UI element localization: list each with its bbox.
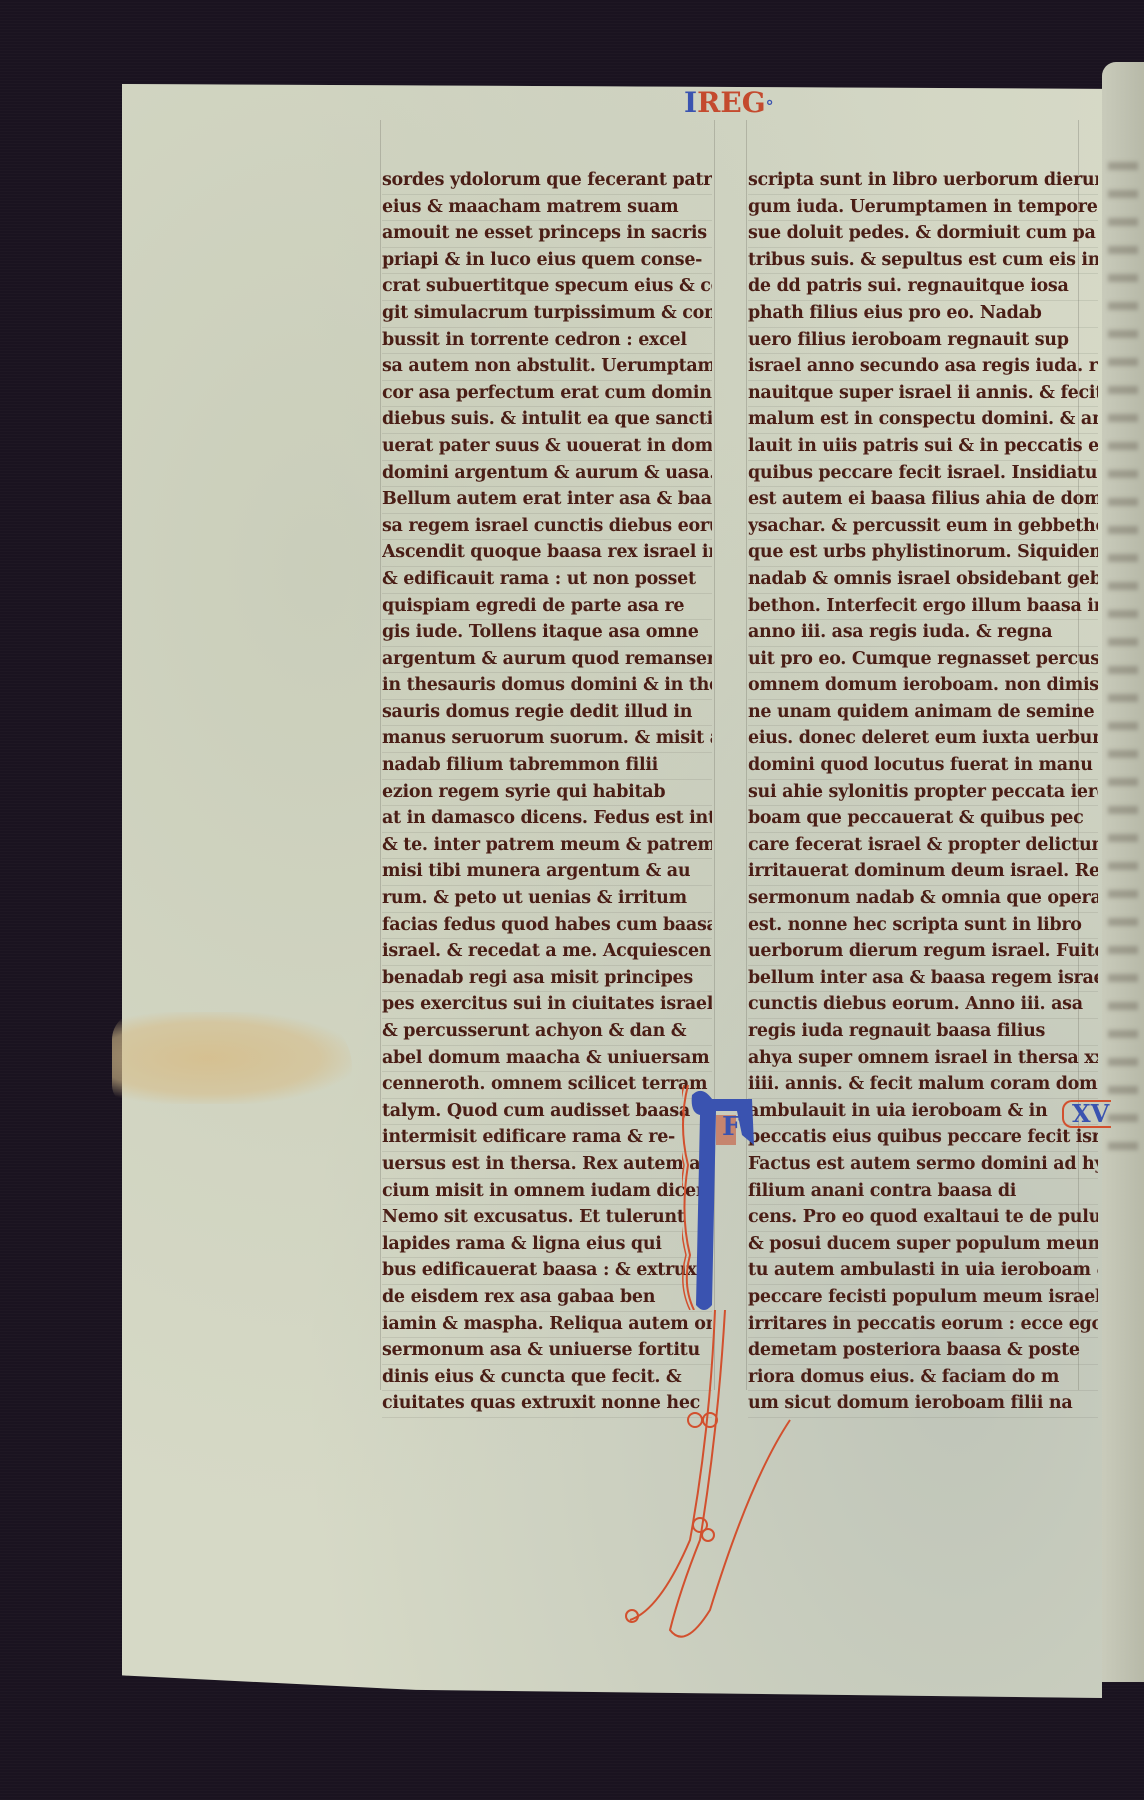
text-line: sue doluit pedes. & dormiuit cum pa bbox=[748, 221, 1098, 248]
text-line: tribus suis. & sepultus est cum eis in c… bbox=[748, 248, 1098, 275]
text-line: eius. donec deleret eum iuxta uerbum bbox=[748, 726, 1098, 753]
text-line: peccatis eius quibus peccare fecit israe… bbox=[748, 1125, 1098, 1152]
text-line: de dd patris sui. regnauitque iosa bbox=[748, 274, 1098, 301]
text-line: domini argentum & aurum & uasa. bbox=[382, 461, 712, 488]
text-line: talym. Quod cum audisset baasa bbox=[382, 1099, 712, 1126]
text-line: regis iuda regnauit baasa filius bbox=[748, 1019, 1098, 1046]
text-line: gis iude. Tollens itaque asa omne bbox=[382, 620, 712, 647]
text-line: cenneroth. omnem scilicet terram nep bbox=[382, 1072, 712, 1099]
text-line: & posui ducem super populum meum israel. bbox=[748, 1232, 1098, 1259]
running-head-suffix: ° bbox=[766, 97, 774, 116]
text-line: tu autem ambulasti in uia ieroboam & bbox=[748, 1258, 1098, 1285]
text-line: priapi & in luco eius quem conse- bbox=[382, 248, 712, 275]
text-line: benadab regi asa misit principes bbox=[382, 966, 712, 993]
text-line: bellum inter asa & baasa regem israel bbox=[748, 966, 1098, 993]
decorated-initial-f: F bbox=[682, 1085, 762, 1310]
text-line: quibus peccare fecit israel. Insidiatus bbox=[748, 461, 1098, 488]
text-line: israel anno secundo asa regis iuda. reg bbox=[748, 354, 1098, 381]
text-line: uero filius ieroboam regnauit sup bbox=[748, 328, 1098, 355]
text-line: domini quod locutus fuerat in manu serui bbox=[748, 753, 1098, 780]
text-line: nadab & omnis israel obsidebant geb bbox=[748, 567, 1098, 594]
text-line: sa autem non abstulit. Uerumptamen bbox=[382, 354, 712, 381]
text-line: nauitque super israel ii annis. & fecit … bbox=[748, 381, 1098, 408]
running-head-blue: I bbox=[684, 86, 697, 119]
ruling-line bbox=[380, 120, 381, 1390]
text-line: cium misit in omnem iudam dicens bbox=[382, 1179, 712, 1206]
text-line: irritauerat dominum deum israel. Reliqua… bbox=[748, 859, 1098, 886]
text-line: de eisdem rex asa gabaa ben bbox=[382, 1285, 712, 1312]
text-line: ysachar. & percussit eum in gebbethon bbox=[748, 514, 1098, 541]
text-column-left: sordes ydolorum que fecerant patreseius … bbox=[382, 168, 712, 1418]
text-line: israel. & recedat a me. Acquiescens bbox=[382, 939, 712, 966]
text-line: & edificauit rama : ut non posset bbox=[382, 567, 712, 594]
text-line: cor asa perfectum erat cum domino cuncti… bbox=[382, 381, 712, 408]
text-line: iiii. annis. & fecit malum coram domino bbox=[748, 1072, 1098, 1099]
text-line: facias fedus quod habes cum baasa rege bbox=[382, 913, 712, 940]
text-line: uerat pater suus & uouerat in domum bbox=[382, 434, 712, 461]
text-line: uerborum dierum regum israel. Fuitque bbox=[748, 939, 1098, 966]
text-line: lauit in uiis patris sui & in peccatis e… bbox=[748, 434, 1098, 461]
text-line: nadab filium tabremmon filii bbox=[382, 753, 712, 780]
text-line: peccare fecisti populum meum israel ut m… bbox=[748, 1285, 1098, 1312]
text-line: sermonum nadab & omnia que operatus bbox=[748, 886, 1098, 913]
text-line: filium anani contra baasa di bbox=[748, 1179, 1098, 1206]
text-line: git simulacrum turpissimum & com- bbox=[382, 301, 712, 328]
text-column-right: scripta sunt in libro uerborum dierum re… bbox=[748, 168, 1098, 1418]
pen-flourish bbox=[600, 1310, 820, 1650]
text-line: crat subuertitque specum eius & confre- bbox=[382, 274, 712, 301]
text-line: ezion regem syrie qui habitab bbox=[382, 780, 712, 807]
text-line: at in damasco dicens. Fedus est inter me bbox=[382, 806, 712, 833]
text-line: diebus suis. & intulit ea que sanctifica bbox=[382, 407, 712, 434]
text-line: sui ahie sylonitis propter peccata iero bbox=[748, 780, 1098, 807]
text-line: est. nonne hec scripta sunt in libro bbox=[748, 913, 1098, 940]
text-line: Factus est autem sermo domini ad hyeu bbox=[748, 1152, 1098, 1179]
text-line: bussit in torrente cedron : excel bbox=[382, 328, 712, 355]
text-line: omnem domum ieroboam. non dimisit bbox=[748, 673, 1098, 700]
text-line: pes exercitus sui in ciuitates israel. bbox=[382, 992, 712, 1019]
text-line: phath filius eius pro eo. Nadab bbox=[748, 301, 1098, 328]
text-line: abel domum maacha & uniuersam bbox=[382, 1046, 712, 1073]
text-line: ambulauit in uia ieroboam & in bbox=[748, 1099, 1098, 1126]
text-line: uersus est in thersa. Rex autem asa nun bbox=[382, 1152, 712, 1179]
text-line: care fecerat israel & propter delictum q… bbox=[748, 833, 1098, 860]
text-line: bethon. Interfecit ergo illum baasa in bbox=[748, 594, 1098, 621]
water-stain bbox=[112, 1012, 352, 1104]
text-line: anno iii. asa regis iuda. & regna bbox=[748, 620, 1098, 647]
text-line: in thesauris domus domini & in the bbox=[382, 673, 712, 700]
running-head: IREG° bbox=[684, 86, 774, 119]
text-line: malum est in conspectu domini. & ambu bbox=[748, 407, 1098, 434]
text-line: boam que peccauerat & quibus pec bbox=[748, 806, 1098, 833]
text-line: intermisit edificare rama & re- bbox=[382, 1125, 712, 1152]
text-line: sa regem israel cunctis diebus eorum. bbox=[382, 514, 712, 541]
text-line: uit pro eo. Cumque regnasset percussit bbox=[748, 647, 1098, 674]
text-line: gum iuda. Uerumptamen in tempore senectu… bbox=[748, 195, 1098, 222]
text-line: misi tibi munera argentum & au bbox=[382, 859, 712, 886]
text-line: lapides rama & ligna eius qui bbox=[382, 1232, 712, 1259]
text-line: rum. & peto ut uenias & irritum bbox=[382, 886, 712, 913]
text-line: & te. inter patrem meum & patrem tuum. I… bbox=[382, 833, 712, 860]
text-line: manus seruorum suorum. & misit ad be bbox=[382, 726, 712, 753]
text-line: bus edificauerat baasa : & extruxit bbox=[382, 1258, 712, 1285]
text-line: ne unam quidem animam de semine bbox=[748, 700, 1098, 727]
text-line: amouit ne esset princeps in sacris bbox=[382, 221, 712, 248]
text-line: sauris domus regie dedit illud in bbox=[382, 700, 712, 727]
text-line: & percusserunt achyon & dan & bbox=[382, 1019, 712, 1046]
text-line: eius & maacham matrem suam bbox=[382, 195, 712, 222]
chapter-number: XV bbox=[1062, 1100, 1111, 1128]
text-line: scripta sunt in libro uerborum dierum re bbox=[748, 168, 1098, 195]
text-line: que est urbs phylistinorum. Siquidem bbox=[748, 540, 1098, 567]
text-line: Nemo sit excusatus. Et tulerunt bbox=[382, 1205, 712, 1232]
text-line: sordes ydolorum que fecerant patres bbox=[382, 168, 712, 195]
text-line: Bellum autem erat inter asa & baa bbox=[382, 487, 712, 514]
running-head-red: REG bbox=[697, 86, 766, 119]
text-line: argentum & aurum quod remanserat bbox=[382, 647, 712, 674]
text-line: cens. Pro eo quod exaltaui te de puluere bbox=[748, 1205, 1098, 1232]
text-line: quispiam egredi de parte asa re bbox=[382, 594, 712, 621]
text-line: cunctis diebus eorum. Anno iii. asa bbox=[748, 992, 1098, 1019]
text-line: Ascendit quoque baasa rex israel in iuda… bbox=[382, 540, 712, 567]
svg-text:F: F bbox=[722, 1112, 741, 1142]
text-line: ahya super omnem israel in thersa xx bbox=[748, 1046, 1098, 1073]
text-line: est autem ei baasa filius ahia de domo bbox=[748, 487, 1098, 514]
next-leaf-edge bbox=[1102, 62, 1144, 1682]
